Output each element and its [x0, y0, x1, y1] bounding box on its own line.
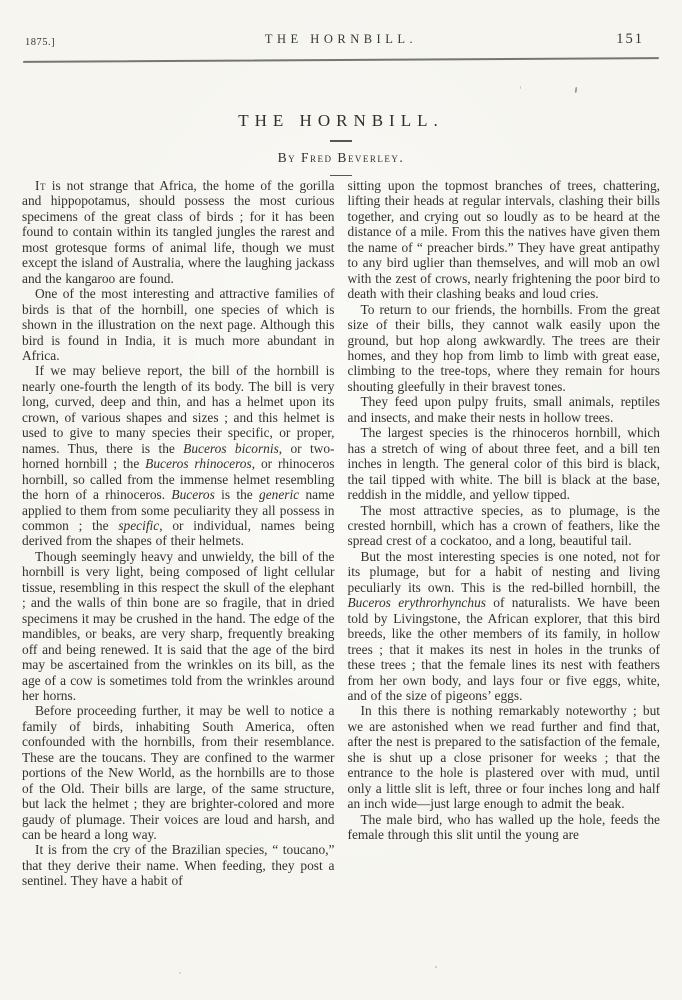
paragraph: The most attractive species, as to pluma…: [348, 503, 661, 549]
scan-speck: [520, 86, 521, 89]
article-head: THE HORNBILL. By Fred Beverley.: [0, 111, 682, 176]
paragraph: The male bird, who has walled up the hol…: [348, 812, 661, 843]
scan-speck: [575, 87, 578, 93]
text-segment: sitting upon the topmost branches of tre…: [348, 178, 661, 301]
text-segment: It is from the cry of the Brazilian spec…: [22, 842, 335, 888]
scan-speck: [435, 966, 437, 968]
paragraph: One of the most interesting and attracti…: [22, 286, 335, 363]
byline-divider: [330, 175, 352, 177]
paragraph: If we may believe report, the bill of th…: [22, 363, 335, 548]
page-number: 151: [616, 31, 644, 48]
italic-text: specific: [118, 518, 159, 533]
italic-text: Buceros: [171, 487, 214, 502]
text-segment: In this there is nothing remarkably note…: [348, 703, 661, 811]
paragraph: sitting upon the topmost branches of tre…: [348, 178, 661, 302]
text-segment: The largest species is the rhinoceros ho…: [348, 425, 661, 502]
text-segment: Though seemingly heavy and unwieldy, the…: [22, 549, 335, 703]
italic-text: Buceros erythrorhynchus: [348, 595, 486, 610]
text-segment: The male bird, who has walled up the hol…: [348, 812, 661, 842]
text-segment: But the most interesting species is one …: [348, 549, 661, 595]
text-segment: One of the most interesting and attracti…: [22, 286, 335, 363]
left-column: It is not strange that Africa, the home …: [22, 178, 335, 889]
text-segment: is the: [215, 487, 259, 502]
header-rule: [23, 57, 659, 62]
article-title: THE HORNBILL.: [0, 111, 682, 131]
paragraph: It is not strange that Africa, the home …: [22, 178, 335, 286]
title-divider: [330, 140, 352, 142]
body-columns: It is not strange that Africa, the home …: [22, 178, 660, 889]
text-segment: They feed upon pulpy fruits, small anima…: [348, 394, 661, 424]
right-column: sitting upon the topmost branches of tre…: [348, 178, 661, 889]
italic-text: Buceros bicornis: [183, 441, 279, 456]
scanned-magazine-page: 1875.] THE HORNBILL. 151 THE HORNBILL. B…: [0, 0, 682, 1000]
paragraph: The largest species is the rhinoceros ho…: [348, 425, 661, 502]
paragraph: Though seemingly heavy and unwieldy, the…: [22, 549, 335, 704]
text-segment: The most attractive species, as to pluma…: [348, 503, 661, 549]
running-title: THE HORNBILL.: [0, 32, 682, 47]
paragraph: To return to our friends, the hornbills.…: [348, 302, 661, 395]
paragraph: They feed upon pulpy fruits, small anima…: [348, 394, 661, 425]
text-segment: of naturalists. We have been told by Liv…: [348, 595, 661, 703]
smallcaps-text: It: [35, 178, 46, 193]
paragraph: It is from the cry of the Brazilian spec…: [22, 842, 335, 888]
text-segment: is not strange that Africa, the home of …: [22, 178, 335, 286]
text-segment: Before proceeding further, it may be wel…: [22, 703, 335, 842]
italic-text: Buceros rhinoceros: [145, 456, 252, 471]
paragraph: In this there is nothing remarkably note…: [348, 703, 661, 811]
scan-speck: [179, 972, 181, 974]
text-segment: To return to our friends, the hornbills.…: [348, 302, 661, 394]
paragraph: But the most interesting species is one …: [348, 549, 661, 704]
italic-text: generic: [259, 487, 299, 502]
article-byline: By Fred Beverley.: [0, 150, 682, 166]
paragraph: Before proceeding further, it may be wel…: [22, 703, 335, 842]
